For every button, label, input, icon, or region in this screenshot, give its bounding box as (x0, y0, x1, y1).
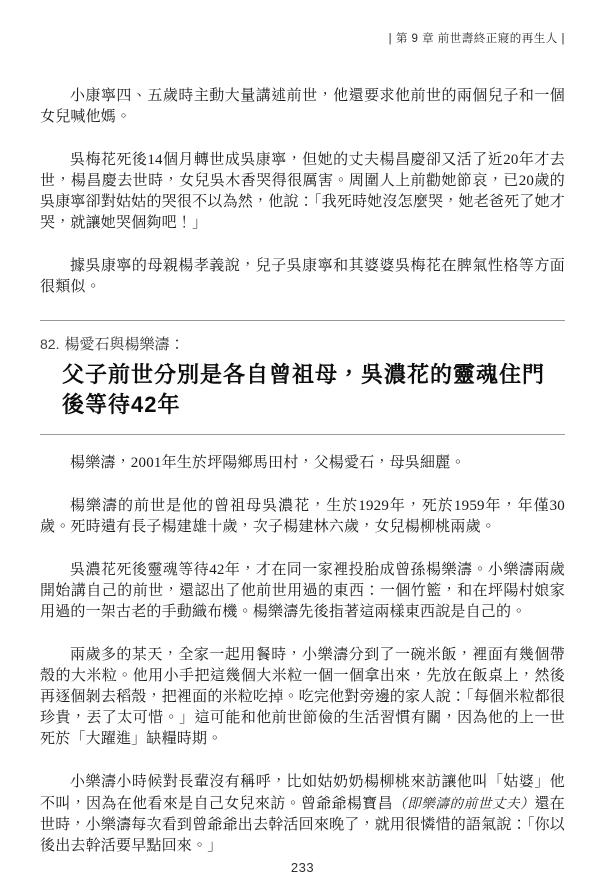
paragraph-addressing-elders: 小樂濤小時候對長輩沒有稱呼，比如姑奶奶楊柳桃來訪讓他叫「姑婆」他不叫，因為在他看… (40, 772, 565, 857)
section-title: 父子前世分別是各自曾祖母，吳濃花的靈魂住門後等待42年 (62, 360, 565, 420)
paragraph-rice-grains-story: 兩歲多的某天，全家一起用餐時，小樂濤分到了一碗米飯，裡面有幾個帶殼的大米粒。他用… (40, 645, 565, 750)
paragraph-wumeihua-rebirth: 吳梅花死後14個月轉世成吳康寧，但她的丈夫楊昌慶卻又活了近20年才去世，楊昌慶去… (40, 150, 565, 234)
section-label: 82.楊愛石與楊樂濤： (40, 334, 565, 355)
section-heading-82: 82.楊愛石與楊樂濤： 父子前世分別是各自曾祖母，吳濃花的靈魂住門後等待42年 (40, 320, 565, 435)
paragraph-mother-comment: 據吳康寧的母親楊孝義說，兒子吳康寧和其婆婆吳梅花在脾氣性格等方面很類似。 (40, 256, 565, 298)
paragraph-yangletao-birth: 楊樂濤，2001年生於坪陽鄉馬田村，父楊愛石，母吳細麗。 (40, 453, 565, 474)
section-subtitle: 楊愛石與楊樂濤： (64, 336, 184, 353)
paragraph-soul-waited-42-years: 吳濃花死後靈魂等待42年，才在同一家裡投胎成曾孫楊樂濤。小樂濤兩歲開始講自己的前… (40, 560, 565, 623)
running-head-chapter-title: | 第 9 章 前世壽終正寢的再生人 | (389, 30, 565, 46)
paragraph-kangning-told-past-life: 小康寧四、五歲時主動大量講述前世，他還要求他前世的兩個兒子和一個女兒喊他媽。 (40, 86, 565, 128)
section-number: 82. (40, 336, 59, 352)
page-number: 233 (0, 860, 605, 875)
page-content: 小康寧四、五歲時主動大量講述前世，他還要求他前世的兩個兒子和一個女兒喊他媽。 吳… (0, 0, 605, 857)
parenthetical-past-life-husband: （即樂濤的前世丈夫） (393, 796, 534, 811)
book-page: | 第 9 章 前世壽終正寢的再生人 | 小康寧四、五歲時主動大量講述前世，他還… (0, 0, 605, 896)
paragraph-past-life-wunonghua: 楊樂濤的前世是他的曾祖母吳濃花，生於1929年，死於1959年，年僅30歲。死時… (40, 496, 565, 538)
